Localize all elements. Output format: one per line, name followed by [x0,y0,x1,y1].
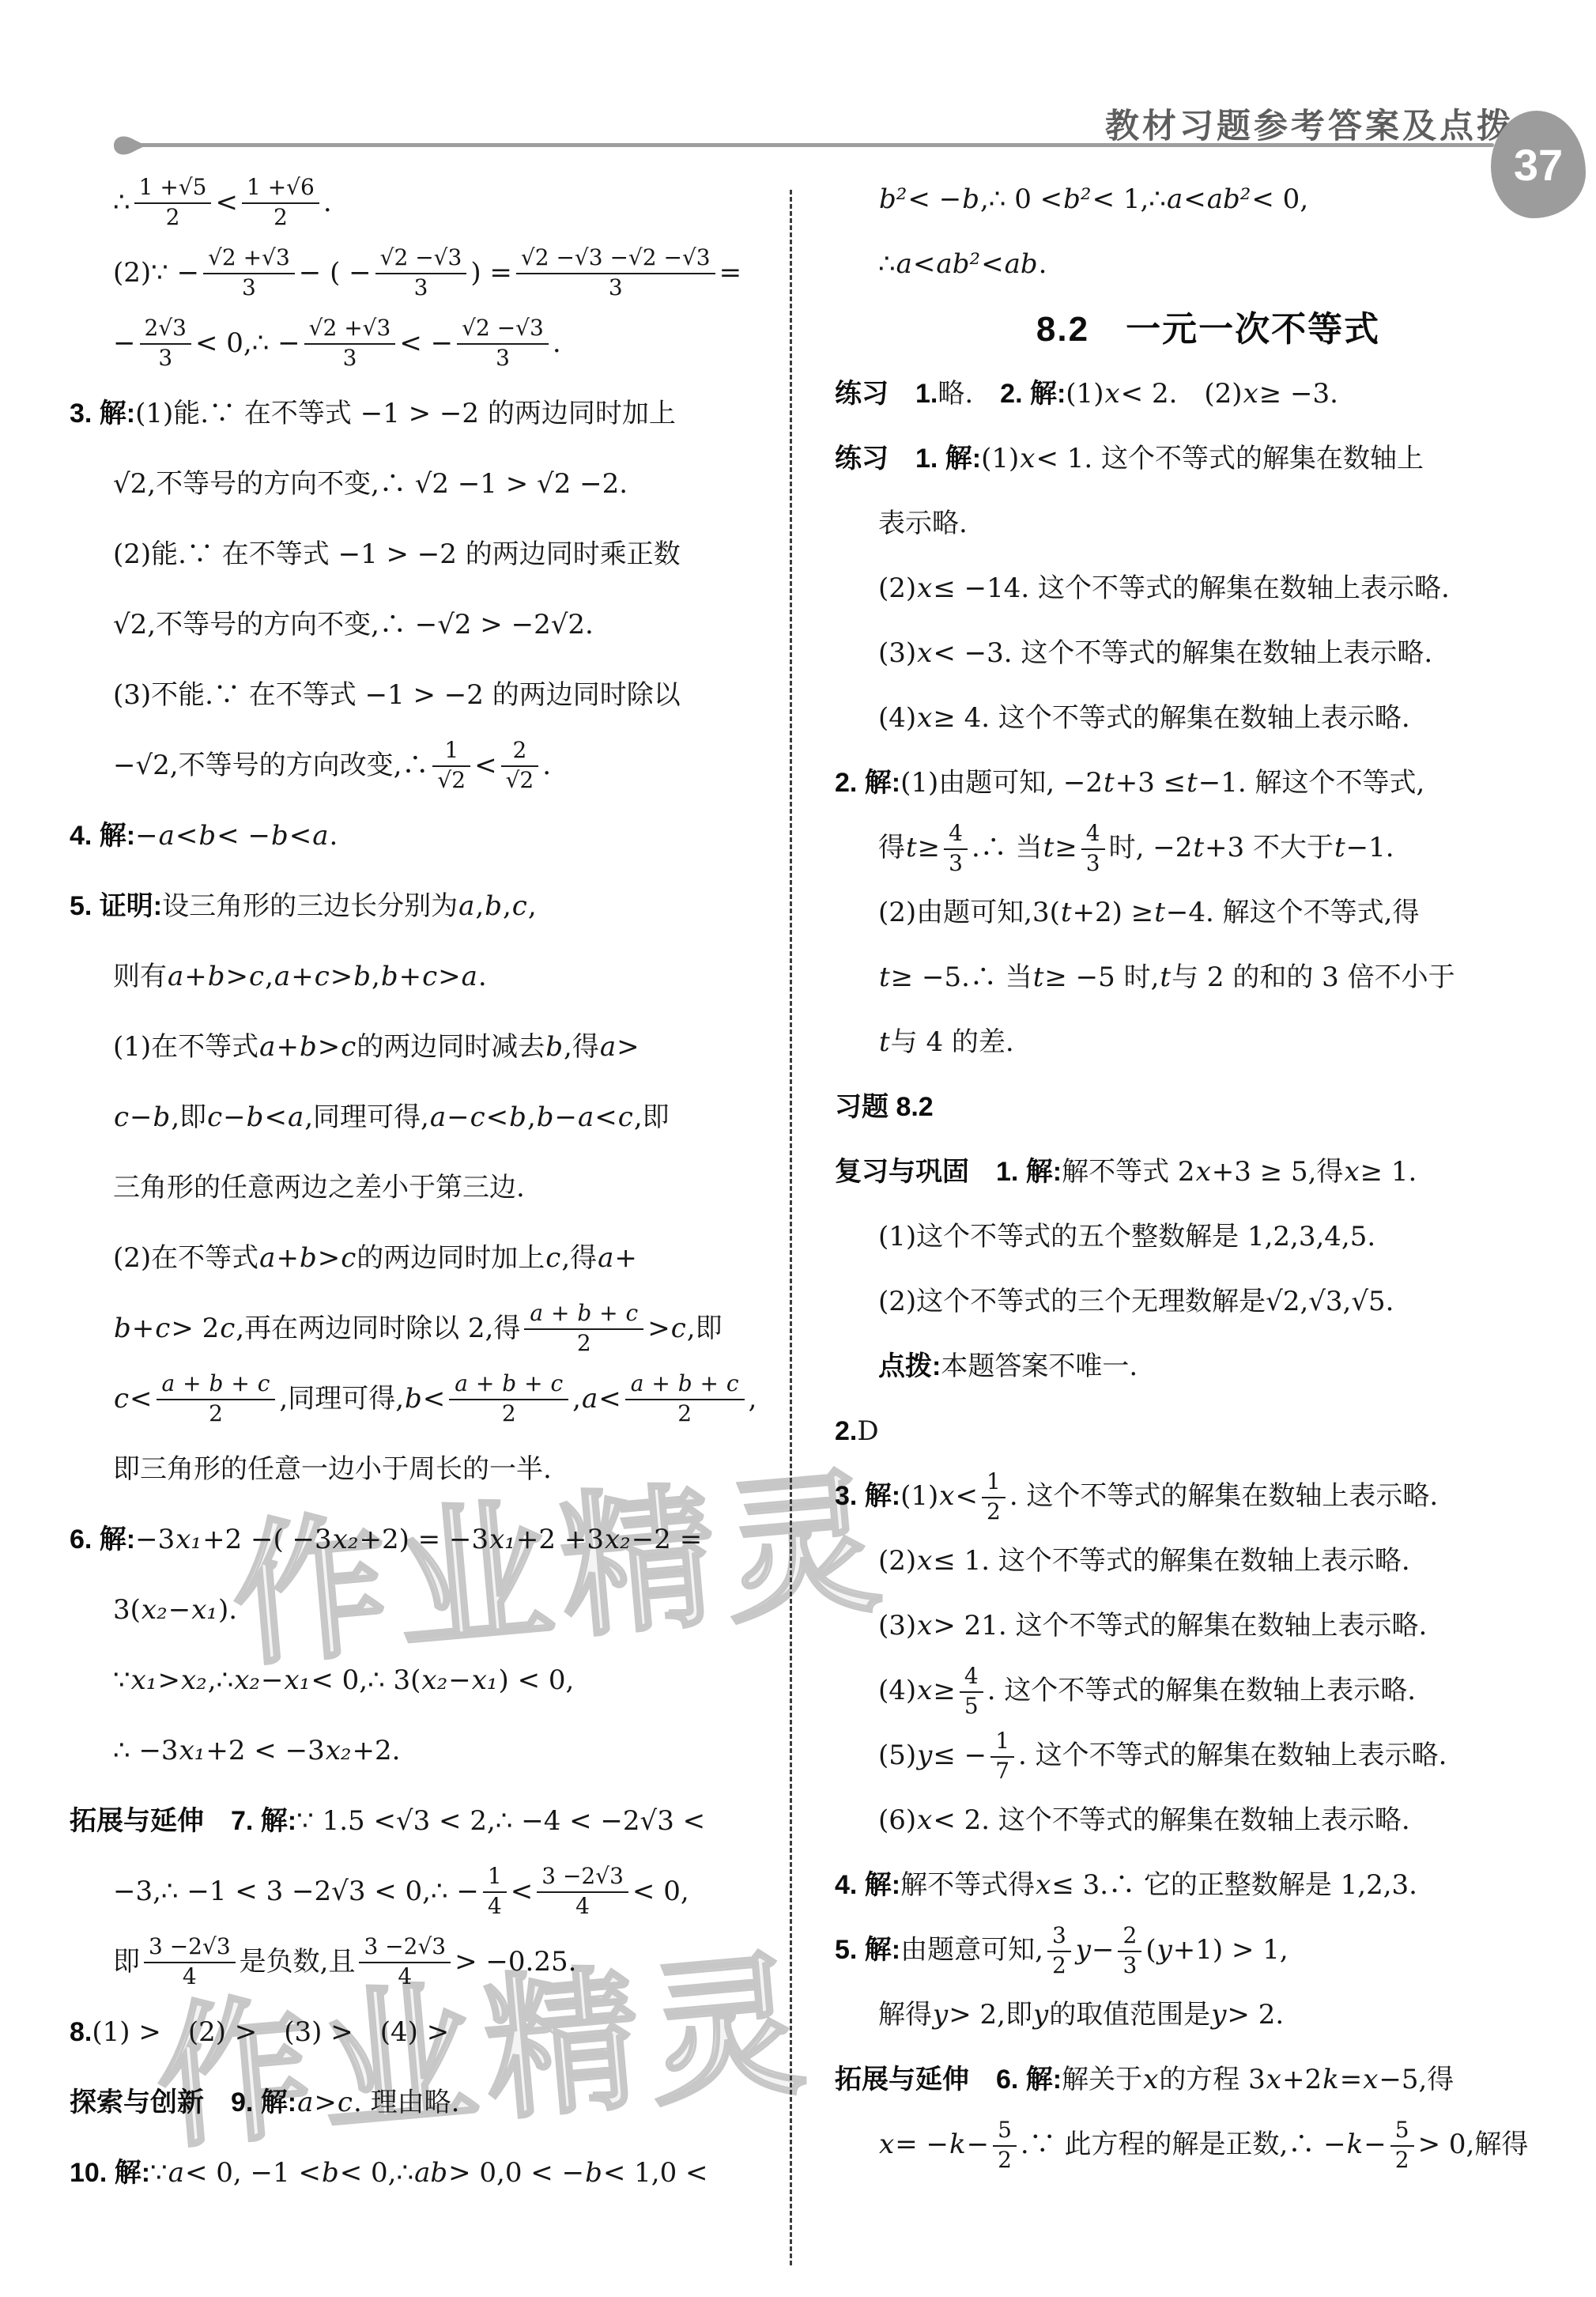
text-line: 即三角形的任意一边小于周长的一半. [70,1434,785,1505]
text-line: 5. 解:由题意可知,32y −23(y +1) > 1, [835,1918,1582,1983]
text-line: (2)由题可知,3(t +2) ≥ t −4. 解这个不等式,得 [835,881,1582,946]
text-line: (2)这个不等式的三个无理数解是√2,√3,√5. [835,1270,1582,1335]
fraction: 3 −2√34 [537,1864,628,1919]
text-line: −√2,不等号的方向改变,∴ 1√2 < 2√2. [70,731,785,801]
fraction: 14 [483,1864,507,1919]
text-line: 三角形的任意两边之差小于第三边. [70,1153,785,1223]
text-line: 3(x₂ − x₁). [70,1575,785,1645]
text-line: 5. 证明:设三角形的三边长分别为 a,b,c, [70,871,785,942]
fraction: 43 [1081,822,1105,876]
text-line: c <a + b + c2,同理可得,b <a + b + c2,a <a + … [70,1364,785,1434]
fraction: a + b + c2 [449,1372,568,1426]
left-column: ∴ 1 +√52 < 1 +√62.(2)∵ −√2 +√33 − ( −√2 … [70,168,785,2208]
text-line: −3,∴ −1 < 3 −2√3 < 0,∴ −14 <3 −2√34 < 0, [70,1857,785,1927]
text-line: (4)x ≥ 4. 这个不等式的解集在数轴上表示略. [835,686,1582,751]
fraction: 52 [1390,2118,1414,2173]
text-line: 4. 解:−a < b < −b < a. [70,801,785,871]
text-line: 练习 1. 解:(1)x < 1. 这个不等式的解集在数轴上 [835,427,1582,492]
text-line: 10. 解:∵ a < 0, −1 < b < 0,∴ ab > 0,0 < −… [70,2138,785,2208]
fraction: 52 [993,2118,1017,2173]
text-line: 解得 y > 2,即 y 的取值范围是 y > 2. [835,1983,1582,2048]
text-line: 则有 a + b > c,a + c > b,b + c > a. [70,942,785,1012]
text-line: (2)x ≤ −14. 这个不等式的解集在数轴上表示略. [835,557,1582,621]
text-line: 拓展与延伸 6. 解:解关于 x 的方程 3x +2k = x −5,得 [835,2048,1582,2113]
text-line: 拓展与延伸 7. 解:∵ 1.5 <√3 < 2,∴ −4 < −2√3 < [70,1786,785,1857]
text-line: c − b,即 c − b < a,同理可得,a − c < b,b − a <… [70,1082,785,1153]
text-line: −2√33 < 0,∴ −√2 +√33 < −√2 −√33. [70,308,785,379]
text-line: 复习与巩固 1. 解:解不等式 2x +3 ≥ 5,得 x ≥ 1. [835,1140,1582,1205]
fraction: 45 [960,1664,983,1719]
fraction: 3 −2√34 [144,1935,236,1989]
fraction: 17 [990,1729,1014,1784]
text-line: 3. 解:(1)x <12. 这个不等式的解集在数轴上表示略. [835,1464,1582,1529]
text-line: ∴ a < ab² < ab. [835,232,1582,297]
fraction: √2 −√33 [457,316,549,371]
text-line: (3)不能.∵ 在不等式 −1 > −2 的两边同时除以 [70,660,785,731]
text-line: √2,不等号的方向不变,∴ −√2 > −2√2. [70,590,785,660]
text-line: (2)在不等式 a + b > c 的两边同时加上 c,得 a + [70,1223,785,1294]
text-line: 即3 −2√34是负数,且3 −2√34 > −0.25. [70,1927,785,1997]
text-line: 得 t ≥43.∴ 当 t ≥43时, −2t +3 不大于 t −1. [835,816,1582,881]
fraction: a + b + c2 [524,1302,643,1356]
fraction: a + b + c2 [625,1372,745,1426]
text-line: b + c > 2c,再在两边同时除以 2,得a + b + c2 > c,即 [70,1294,785,1364]
text-line: (6)x < 2. 这个不等式的解集在数轴上表示略. [835,1789,1582,1853]
header-title: 教材习题参考答案及点拨 [1105,100,1514,148]
text-line: 2. D [835,1400,1582,1464]
text-line: 4. 解:解不等式得 x ≤ 3.∴ 它的正整数解是 1,2,3. [835,1853,1582,1918]
fraction: 2√33 [140,316,191,371]
section-heading: 8.2 一元一次不等式 [835,297,1582,362]
fraction: 1 +√62 [242,176,319,230]
fraction: 23 [1118,1924,1141,1978]
fraction: 32 [1047,1924,1071,1978]
text-line: x = −k −52.∵ 此方程的解是正数,∴ −k −52 > 0,解得 [835,2113,1582,2178]
column-divider [790,190,792,2265]
fraction: √2 −√33 [375,246,467,300]
text-line: t ≥ −5.∴ 当 t ≥ −5 时,t 与 2 的和的 3 倍不小于 [835,946,1582,1011]
text-line: (1)这个不等式的五个整数解是 1,2,3,4,5. [835,1205,1582,1270]
fraction: √2 +√33 [203,246,295,300]
text-line: √2,不等号的方向不变,∴ √2 −1 > √2 −2. [70,449,785,519]
text-line: (5)y ≤ −17. 这个不等式的解集在数轴上表示略. [835,1724,1582,1789]
right-column: b² < −b,∴ 0 < b² < 1,∴ a < ab² < 0,∴ a <… [835,168,1582,2178]
fraction: a + b + c2 [157,1372,276,1426]
text-line: t 与 4 的差. [835,1011,1582,1075]
text-line: ∵ x₁ > x₂,∴ x₂ − x₁ < 0,∴ 3(x₂ − x₁) < 0… [70,1645,785,1716]
fraction: 1 +√52 [134,176,212,230]
text-line: ∴ −3x₁ +2 < −3x₂ +2. [70,1716,785,1786]
fraction: 12 [982,1470,1006,1524]
fraction: 1√2 [432,739,470,793]
text-line: (3)x > 21. 这个不等式的解集在数轴上表示略. [835,1594,1582,1659]
text-line: (1)在不等式 a + b > c 的两边同时减去 b,得 a > [70,1012,785,1082]
fraction: 2√2 [501,739,539,793]
fraction: √2 −√3 −√2 −√33 [516,246,715,300]
text-line: 练习 1. 略. 2. 解:(1)x < 2. (2)x ≥ −3. [835,362,1582,427]
fraction: 43 [944,822,968,876]
text-line: 习题 8.2 [835,1075,1582,1140]
text-line: b² < −b,∴ 0 < b² < 1,∴ a < ab² < 0, [835,168,1582,232]
text-line: (2)能.∵ 在不等式 −1 > −2 的两边同时乘正数 [70,519,785,590]
text-line: 2. 解:(1)由题可知, −2t +3 ≤ t −1. 解这个不等式, [835,751,1582,816]
text-line: (3)x < −3. 这个不等式的解集在数轴上表示略. [835,621,1582,686]
text-line: 点拨:本题答案不唯一. [835,1335,1582,1400]
text-line: 探索与创新 9. 解:a > c. 理由略. [70,2068,785,2138]
text-line: 8. (1) > (2) > (3) > (4) > [70,1997,785,2068]
text-line: 3. 解:(1)能.∵ 在不等式 −1 > −2 的两边同时加上 [70,379,785,449]
text-line: 表示略. [835,492,1582,557]
text-line: (2)∵ −√2 +√33 − ( −√2 −√33 ) = √2 −√3 −√… [70,238,785,308]
fraction: √2 +√33 [304,316,396,371]
text-line: (2)x ≤ 1. 这个不等式的解集在数轴上表示略. [835,1529,1582,1594]
text-line: ∴ 1 +√52 < 1 +√62. [70,168,785,238]
fraction: 3 −2√34 [359,1935,451,1989]
text-line: (4)x ≥45. 这个不等式的解集在数轴上表示略. [835,1659,1582,1724]
text-line: 6. 解:−3x₁ +2 −( −3x₂ +2) = −3x₁ +2 +3x₂ … [70,1505,785,1575]
